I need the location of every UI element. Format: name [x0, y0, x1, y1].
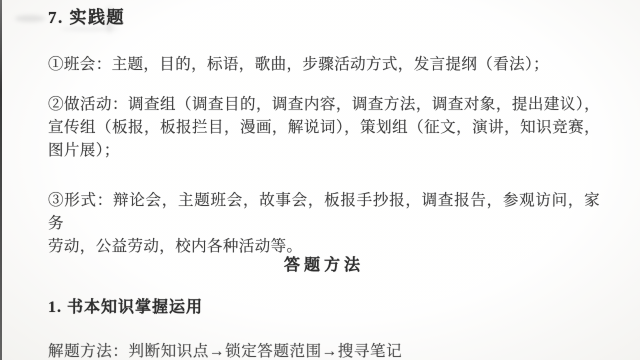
paragraph-line: ①班会：主题，目的，标语，歌曲，步骤活动方式，发言提纲（看法）； — [48, 53, 600, 76]
paragraph-line: ③形式：辩论会，主题班会，故事会，板报手抄报，调查报告，参观访问，家务 — [48, 189, 600, 235]
paragraph-line: 图片展）； — [48, 139, 600, 162]
paragraph-class-meeting: ①班会：主题，目的，标语，歌曲，步骤活动方式，发言提纲（看法）； — [48, 53, 600, 76]
scanned-document-page: 7. 实践题 ①班会：主题，目的，标语，歌曲，步骤活动方式，发言提纲（看法）； … — [0, 0, 640, 360]
scan-edge-line — [0, 0, 2, 360]
paragraph-line: 宣传组（板报，板报拦目，漫画，解说词），策划组（征文，演讲，知识竞赛， — [48, 116, 600, 139]
paragraph-line: ②做活动：调查组（调查目的，调查内容，调查方法，调查对象，提出建议）， — [48, 93, 600, 116]
footer-method-line: 解题方法：判断知识点→锁定答题范围→搜寻笔记 — [48, 340, 600, 360]
paragraph-activities: ②做活动：调查组（调查目的，调查内容，调查方法，调查对象，提出建议）， 宣传组（… — [48, 93, 600, 163]
scan-smudge — [15, 15, 45, 22]
subsection-title: 1. 书本知识掌握运用 — [48, 296, 203, 319]
section-title: 7. 实践题 — [48, 6, 125, 30]
paragraph-forms: ③形式：辩论会，主题班会，故事会，板报手抄报，调查报告，参观访问，家务 劳动，公… — [48, 189, 600, 259]
center-heading-answer-methods: 答题方法 — [48, 254, 600, 277]
